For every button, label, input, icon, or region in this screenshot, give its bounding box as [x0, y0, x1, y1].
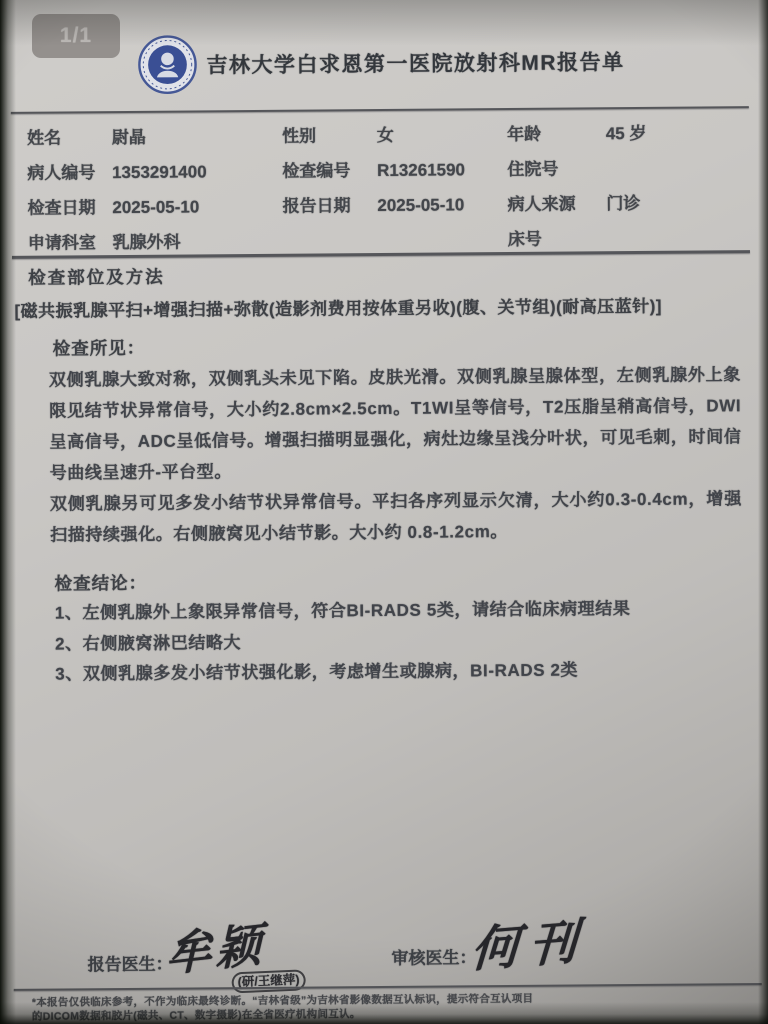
page-indicator-badge: 1/1	[32, 14, 120, 58]
findings-paragraph: 双侧乳腺另可见多发小结节状异常信号。平扫各序列显示欠清，大小约0.3-0.4cm…	[50, 483, 742, 550]
report-doctor-stamp: (研/王继萍)	[231, 969, 306, 993]
footer-divider	[14, 983, 762, 991]
field-label: 性别	[282, 121, 372, 147]
findings-section-title: 检查所见：	[53, 335, 146, 361]
findings-body: 双侧乳腺大致对称，双侧乳头未见下陷。皮肤光滑。双侧乳腺呈腺体型，左侧乳腺外上象限…	[49, 359, 742, 550]
field-name: 姓名 尉晶	[27, 122, 282, 149]
page-indicator: 1/1	[60, 24, 92, 48]
field-label: 申请科室	[28, 228, 108, 254]
field-value: 尉晶	[112, 128, 146, 147]
field-admission-no: 住院号	[507, 153, 747, 180]
field-label: 检查编号	[282, 156, 372, 182]
conclusion-item: 3、双侧乳腺多发小结节状强化影，考虑增生或腺病，BI-RADS 2类	[55, 654, 743, 690]
field-request-dept: 申请科室 乳腺外科	[28, 227, 283, 254]
report-title: 吉林大学白求恩第一医院放射科MR报告单	[206, 46, 624, 79]
mr-report-document: 吉林大学白求恩第一医院放射科MR报告单 姓名 尉晶 性别 女 年龄 45 岁 病…	[0, 0, 768, 1024]
field-gender: 性别 女	[282, 120, 507, 147]
report-doctor-label: 报告医生：	[87, 950, 172, 976]
field-value: 乳腺外科	[113, 233, 181, 253]
field-report-date: 报告日期 2025-05-10	[282, 190, 507, 217]
field-value: 45 岁	[606, 124, 647, 143]
field-label: 床号	[508, 224, 602, 250]
field-value: R13261590	[377, 160, 465, 180]
field-value: 2025-05-10	[112, 197, 199, 217]
field-label: 病人来源	[507, 189, 601, 215]
conclusion-list: 1、左侧乳腺外上象限异常信号，符合BI-RADS 5类，请结合临床病理结果 2、…	[55, 593, 744, 690]
conclusion-section-title: 检查结论：	[54, 570, 147, 596]
field-age: 年龄 45 岁	[507, 118, 747, 145]
field-patient-id: 病人编号 1353291400	[27, 157, 282, 184]
exam-method-text: [磁共振乳腺平扫+增强扫描+弥散(造影剂费用按体重另收)(腹、关节组)(耐高压蓝…	[14, 291, 752, 322]
photographed-report: 1/1 吉林大学白求恩第一医院放射科MR报告单 姓名 尉晶 性别 女	[0, 0, 768, 1024]
field-value: 1353291400	[112, 162, 207, 182]
header-divider	[11, 106, 749, 114]
patient-info-grid: 姓名 尉晶 性别 女 年龄 45 岁 病人编号 1353291400 检查编号 …	[27, 113, 748, 259]
field-exam-id: 检查编号 R13261590	[282, 155, 507, 182]
field-bed-no: 床号	[508, 223, 748, 250]
exam-method-section-title: 检查部位及方法	[28, 264, 165, 290]
field-empty	[283, 238, 508, 240]
field-patient-source: 病人来源 门诊	[507, 188, 747, 215]
field-value: 2025-05-10	[377, 195, 464, 215]
field-value: 门诊	[606, 194, 640, 213]
field-label: 报告日期	[282, 191, 372, 217]
findings-paragraph: 双侧乳腺大致对称，双侧乳头未见下陷。皮肤光滑。双侧乳腺呈腺体型，左侧乳腺外上象限…	[49, 359, 742, 488]
field-exam-date: 检查日期 2025-05-10	[27, 192, 282, 219]
field-label: 姓名	[27, 123, 107, 149]
review-doctor-signature: 何刊	[469, 902, 589, 981]
field-label: 住院号	[507, 154, 601, 180]
review-doctor-label: 审核医生：	[391, 943, 476, 969]
field-value: 女	[377, 126, 394, 145]
field-label: 年龄	[507, 119, 601, 145]
footer-disclaimer: *本报告仅供临床参考，不作为临床最终诊断。“吉林省级”为吉林省影像数据互认标识，…	[32, 991, 758, 1024]
field-label: 检查日期	[27, 193, 107, 219]
hospital-seal-icon	[136, 33, 198, 95]
field-label: 病人编号	[27, 158, 107, 184]
